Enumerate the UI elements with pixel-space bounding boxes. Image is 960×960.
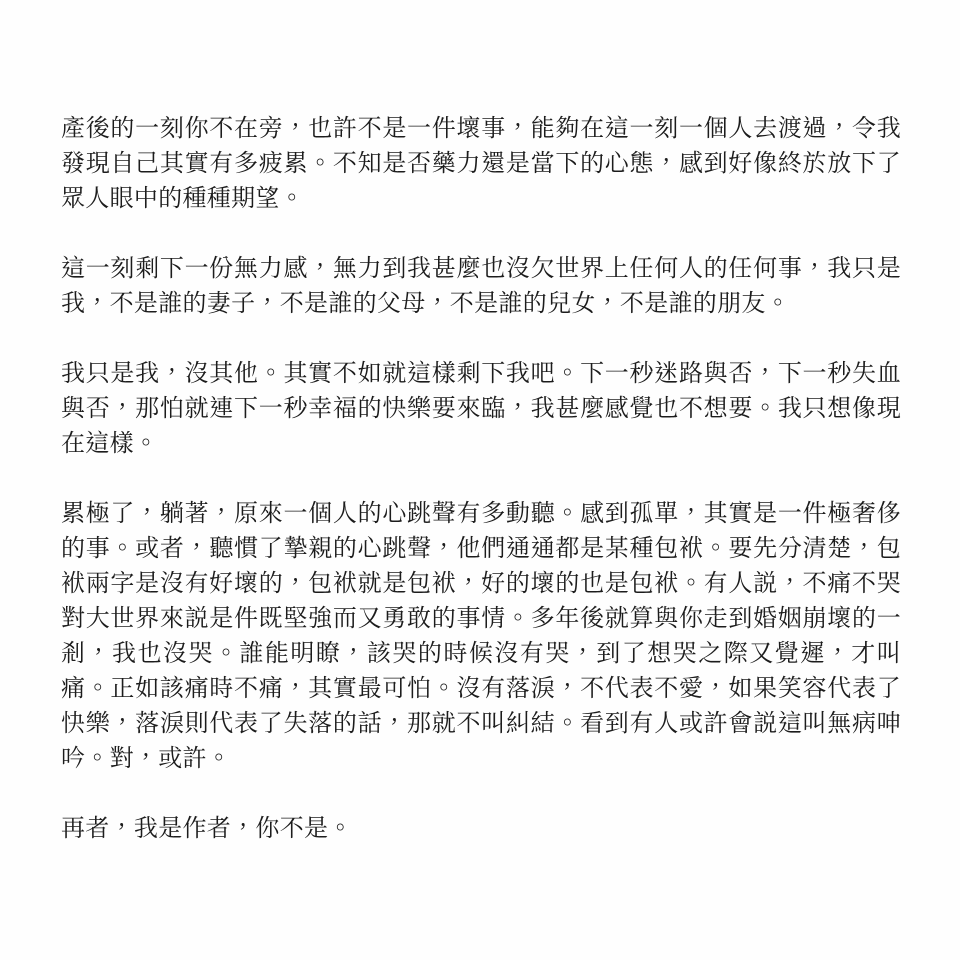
paragraph-2: 這一刻剩下一份無力感，無力到我甚麼也沒欠世界上任何人的任何事，我只是我，不是誰的…	[61, 252, 901, 322]
essay-body: 產後的一刻你不在旁，也許不是一件壞事，能夠在這一刻一個人去渡過，令我發現自己其實…	[61, 112, 901, 847]
paragraph-3: 我只是我，沒其他。其實不如就這樣剩下我吧。下一秒迷路與否，下一秒失血與否，那怕就…	[61, 357, 901, 462]
paragraph-4: 累極了，躺著，原來一個人的心跳聲有多動聽。感到孤單，其實是一件極奢侈的事。或者，…	[61, 497, 901, 777]
essay-page: 產後的一刻你不在旁，也許不是一件壞事，能夠在這一刻一個人去渡過，令我發現自己其實…	[0, 0, 960, 960]
paragraph-5: 再者，我是作者，你不是。	[61, 812, 901, 847]
paragraph-1: 產後的一刻你不在旁，也許不是一件壞事，能夠在這一刻一個人去渡過，令我發現自己其實…	[61, 112, 901, 217]
